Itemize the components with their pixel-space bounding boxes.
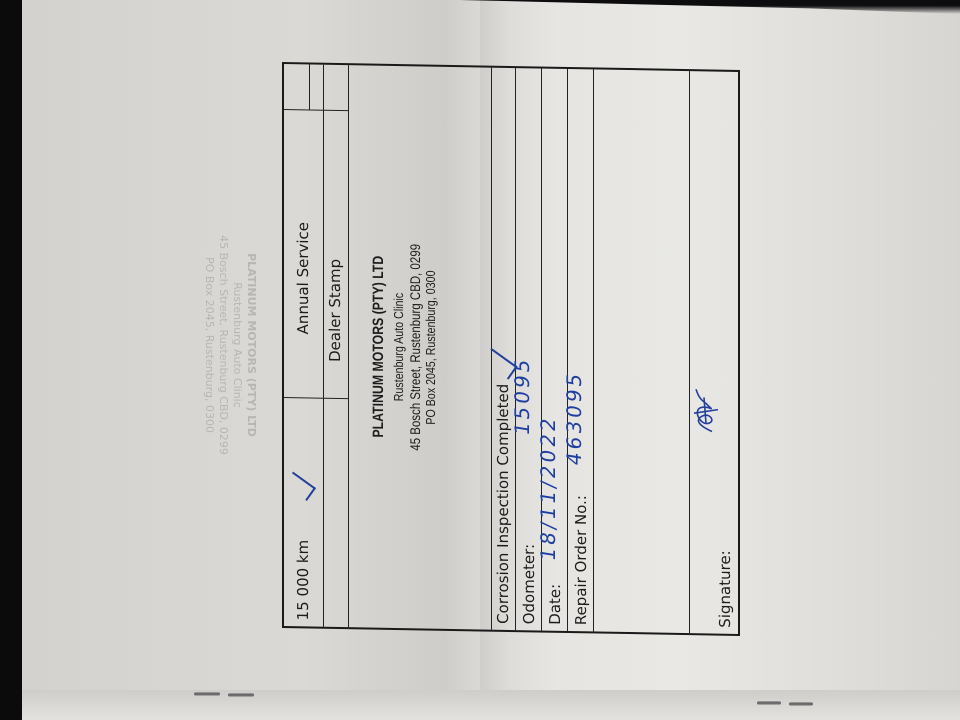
repair-order-label: Repair Order No.:	[572, 495, 590, 625]
cell-divider	[309, 64, 310, 110]
service-type-label: Annual Service	[294, 222, 312, 335]
service-interval-row: 15 000 km Annual Service	[284, 64, 324, 627]
signature-scribble	[690, 387, 720, 434]
date-label: Date:	[546, 584, 564, 625]
column-divider	[284, 109, 323, 111]
stamp-street: 45 Bosch Street, Rustenburg CBD, 0299	[407, 117, 423, 578]
dealer-stamp-header-row: Dealer Stamp	[324, 65, 349, 627]
field-row-corrosion: Corrosion Inspection Completed	[492, 68, 516, 630]
signature-label: Signature:	[716, 550, 734, 628]
date-value: 18/11/2022	[536, 413, 560, 562]
odometer-value: 15095	[510, 355, 534, 437]
staple	[757, 701, 781, 705]
notes-area	[594, 69, 690, 633]
staple	[194, 692, 220, 696]
signature-row: Signature:	[690, 71, 738, 634]
dealer-stamp-label: Dealer Stamp	[326, 259, 344, 362]
field-row-date: Date: 18/11/2022	[542, 69, 568, 631]
column-divider	[324, 110, 348, 111]
background-edge	[0, 0, 22, 720]
stamp-branch: Rustenburg Auto Clinic	[391, 116, 406, 577]
page-fold	[22, 690, 960, 720]
stamp-company: PLATINUM MOTORS (PTY) LTD	[370, 116, 387, 577]
repair-order-value: 463095	[562, 369, 586, 467]
staple	[228, 693, 254, 697]
stamp-po-box: PO Box 2045, Rustenburg, 0300	[423, 117, 438, 578]
service-record-form: 15 000 km Annual Service Dealer Stamp PL…	[282, 62, 740, 636]
interval-checkmark-icon	[284, 472, 316, 501]
column-divider	[324, 398, 348, 399]
column-divider	[284, 397, 323, 399]
interval-label: 15 000 km	[294, 540, 312, 621]
field-row-repair-order: Repair Order No.: 463095	[568, 69, 594, 631]
dealer-stamp: PLATINUM MOTORS (PTY) LTD Rustenburg Aut…	[349, 65, 492, 629]
staple	[789, 702, 813, 706]
